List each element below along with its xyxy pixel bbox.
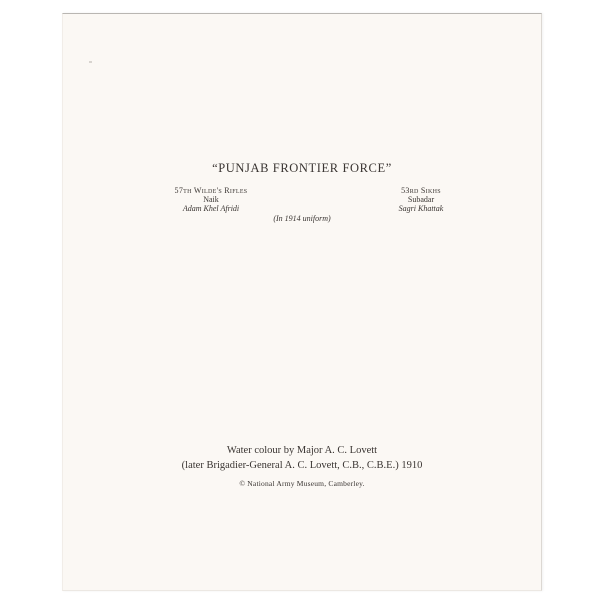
page: “PUNJAB FRONTIER FORCE” 57th Wilde's Rif…	[0, 0, 600, 600]
paper-speck	[89, 61, 92, 63]
subject-name: Sagri Khattak	[351, 204, 491, 213]
copyright-notice: © National Army Museum, Camberley.	[63, 479, 541, 488]
subject-left: 57th Wilde's Rifles Naik Adam Khel Afrid…	[141, 186, 281, 213]
subject-right: 53rd Sikhs Subadar Sagri Khattak	[351, 186, 491, 213]
artist-later-title: (later Brigadier-General A. C. Lovett, C…	[63, 460, 541, 471]
subject-rank: Naik	[141, 195, 281, 204]
subject-name: Adam Khel Afridi	[141, 204, 281, 213]
subject-unit: 53rd Sikhs	[351, 186, 491, 195]
subject-unit: 57th Wilde's Rifles	[141, 186, 281, 195]
uniform-note: (In 1914 uniform)	[63, 214, 541, 223]
card-title: “PUNJAB FRONTIER FORCE”	[63, 161, 541, 176]
postcard-back: “PUNJAB FRONTIER FORCE” 57th Wilde's Rif…	[62, 13, 542, 591]
subject-rank: Subadar	[351, 195, 491, 204]
artist-credit: Water colour by Major A. C. Lovett	[63, 445, 541, 456]
